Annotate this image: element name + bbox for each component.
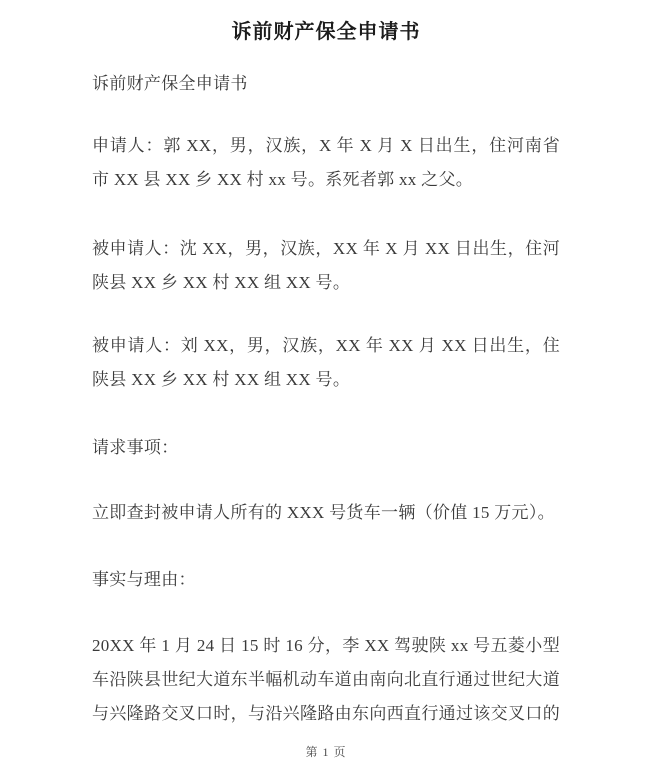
respondent1-line-2: 陕县 XX 乡 XX 村 XX 组 XX 号。: [92, 266, 560, 300]
facts-line-2: 车沿陕县世纪大道东半幅机动车道由南向北直行通过世纪大道: [92, 663, 560, 697]
body-title-paragraph: 诉前财产保全申请书: [92, 67, 560, 101]
page-number: 第 1 页: [0, 745, 652, 759]
respondent2-line-2: 陕县 XX 乡 XX 村 XX 组 XX 号。: [92, 363, 560, 397]
document-body: 诉前财产保全申请书 申请人：郭 XX，男，汉族，X 年 X 月 X 日出生，住河…: [0, 67, 652, 731]
document-title: 诉前财产保全申请书: [0, 0, 652, 44]
facts-label-line: 事实与理由：: [92, 563, 560, 597]
respondent2-line-1: 被申请人：刘 XX，男，汉族，XX 年 XX 月 XX 日出生，住河南省: [92, 329, 560, 363]
applicant-line-2: 市 XX 县 XX 乡 XX 村 xx 号。系死者郭 xx 之父。: [92, 163, 560, 197]
applicant-paragraph: 申请人：郭 XX，男，汉族，X 年 X 月 X 日出生，住河南省商丘 市 XX …: [92, 129, 560, 197]
body-title-line: 诉前财产保全申请书: [92, 67, 560, 101]
applicant-line-1: 申请人：郭 XX，男，汉族，X 年 X 月 X 日出生，住河南省商丘: [92, 129, 560, 163]
respondent2-paragraph: 被申请人：刘 XX，男，汉族，XX 年 XX 月 XX 日出生，住河南省 陕县 …: [92, 329, 560, 397]
request-label-line: 请求事项：: [92, 431, 560, 465]
request-label-paragraph: 请求事项：: [92, 431, 560, 465]
facts-paragraph: 20XX 年 1 月 24 日 15 时 16 分，李 XX 驾驶陕 xx 号五…: [92, 629, 560, 731]
request-item-paragraph: 立即查封被申请人所有的 XXX 号货车一辆（价值 15 万元）。: [92, 496, 560, 530]
facts-label-paragraph: 事实与理由：: [92, 563, 560, 597]
respondent1-line-1: 被申请人：沈 XX，男，汉族，XX 年 X 月 XX 日出生，住河南省: [92, 232, 560, 266]
respondent1-paragraph: 被申请人：沈 XX，男，汉族，XX 年 X 月 XX 日出生，住河南省 陕县 X…: [92, 232, 560, 300]
facts-line-3: 与兴隆路交叉口时，与沿兴隆路由东向西直行通过该交叉口的: [92, 697, 560, 731]
facts-line-1: 20XX 年 1 月 24 日 15 时 16 分，李 XX 驾驶陕 xx 号五…: [92, 629, 560, 663]
request-item-line: 立即查封被申请人所有的 XXX 号货车一辆（价值 15 万元）。: [92, 496, 560, 530]
document-page: 诉前财产保全申请书 诉前财产保全申请书 申请人：郭 XX，男，汉族，X 年 X …: [0, 0, 652, 775]
